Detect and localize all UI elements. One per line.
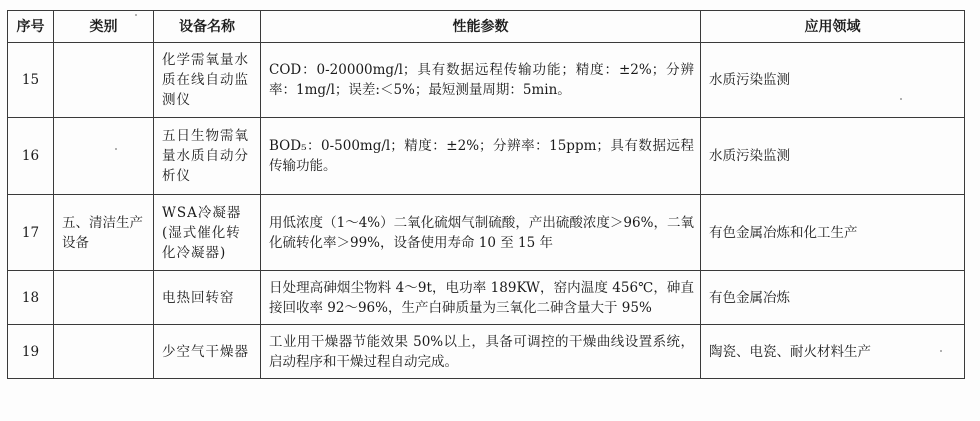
cell-equipment-name: WSA冷凝器(湿式催化转化冷凝器) — [154, 195, 261, 271]
cell-performance-params: 日处理高砷烟尘物料 4～9t，电功率 189KW，窑内温度 456℃，砷直接回收… — [261, 271, 701, 325]
cell-no: 17 — [8, 195, 54, 271]
table-row: 16 五日生物需氧量水质自动分析仪 BOD₅：0-500mg/l；精度：±2%；… — [8, 118, 965, 195]
table-row: 18 电热回转窑 日处理高砷烟尘物料 4～9t，电功率 189KW，窑内温度 4… — [8, 271, 965, 325]
cell-performance-params: 工业用干燥器节能效果 50%以上，具备可调控的干燥曲线设置系统，启动程序和干燥过… — [261, 325, 701, 379]
cell-performance-params: 用低浓度（1～4%）二氧化硫烟气制硫酸，产出硫酸浓度＞96%，二氧化硫转化率＞9… — [261, 195, 701, 271]
cell-performance-params: BOD₅：0-500mg/l；精度：±2%；分辨率：15ppm；具有数据远程传输… — [261, 118, 701, 195]
scanned-document-page: 序号 类别 设备名称 性能参数 应用领域 15 化学需氧量水质在线自动监测仪 C… — [0, 0, 980, 421]
cell-category — [54, 43, 154, 118]
cell-no: 16 — [8, 118, 54, 195]
cell-equipment-name: 化学需氧量水质在线自动监测仪 — [154, 43, 261, 118]
cell-no: 18 — [8, 271, 54, 325]
table-header-row: 序号 类别 设备名称 性能参数 应用领域 — [8, 11, 965, 43]
cell-application-field: 水质污染监测 — [701, 118, 965, 195]
cell-category: 五、清洁生产设备 — [54, 195, 154, 271]
cell-category — [54, 118, 154, 195]
cell-equipment-name: 电热回转窑 — [154, 271, 261, 325]
scan-speck — [115, 148, 117, 150]
header-performance-params: 性能参数 — [261, 11, 701, 43]
cell-category — [54, 271, 154, 325]
table-row: 17 五、清洁生产设备 WSA冷凝器(湿式催化转化冷凝器) 用低浓度（1～4%）… — [8, 195, 965, 271]
scan-speck — [900, 98, 902, 100]
table-row: 19 少空气干燥器 工业用干燥器节能效果 50%以上，具备可调控的干燥曲线设置系… — [8, 325, 965, 379]
scan-speck — [135, 14, 137, 16]
cell-application-field: 有色金属冶炼和化工生产 — [701, 195, 965, 271]
equipment-table: 序号 类别 设备名称 性能参数 应用领域 15 化学需氧量水质在线自动监测仪 C… — [7, 10, 965, 379]
cell-application-field: 水质污染监测 — [701, 43, 965, 118]
cell-performance-params: COD：0-20000mg/l；具有数据远程传输功能；精度：±2%；分辨率：1m… — [261, 43, 701, 118]
cell-no: 15 — [8, 43, 54, 118]
header-application-field: 应用领域 — [701, 11, 965, 43]
cell-application-field: 陶瓷、电瓷、耐火材料生产 — [701, 325, 965, 379]
header-category: 类别 — [54, 11, 154, 43]
table-row: 15 化学需氧量水质在线自动监测仪 COD：0-20000mg/l；具有数据远程… — [8, 43, 965, 118]
cell-no: 19 — [8, 325, 54, 379]
cell-equipment-name: 五日生物需氧量水质自动分析仪 — [154, 118, 261, 195]
scan-speck — [940, 350, 942, 352]
cell-application-field: 有色金属冶炼 — [701, 271, 965, 325]
cell-category — [54, 325, 154, 379]
cell-equipment-name: 少空气干燥器 — [154, 325, 261, 379]
header-equipment-name: 设备名称 — [154, 11, 261, 43]
header-no: 序号 — [8, 11, 54, 43]
